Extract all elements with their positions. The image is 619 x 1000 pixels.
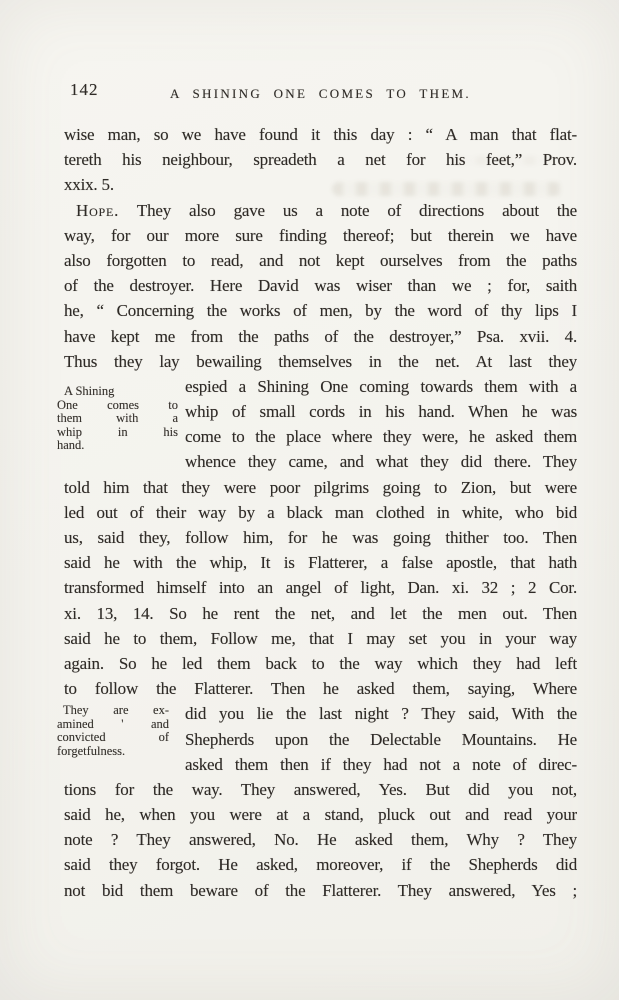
text-line: said he, when you were at a stand, pluck… (64, 802, 577, 827)
text-line: asked them then if they had not a note o… (185, 752, 577, 777)
text-line: said they forgot. He asked, moreover, if… (64, 852, 577, 877)
text-line: transformed himself into an angel of lig… (64, 575, 577, 600)
book-page: 142 A SHINING ONE COMES TO THEM. A Shini… (0, 0, 619, 1000)
text-line: said he to them, Follow me, that I may s… (64, 626, 577, 651)
text-line-rest: They also gave us a note of directions a… (137, 201, 577, 220)
text-line: not bid them beware of the Flatterer. Th… (64, 878, 577, 903)
text-line: xxix. 5. (64, 172, 577, 197)
text-line: way, for our more sure finding thereof; … (64, 223, 577, 248)
text-line: did you lie the last night ? They said, … (185, 701, 577, 726)
text-line: us, said they, follow him, for he was go… (64, 525, 577, 550)
text-line: Hope. They also gave us a note of direct… (64, 198, 577, 223)
text-line: said he with the whip, It is Flatterer, … (64, 550, 577, 575)
text-line: he, “ Concerning the works of men, by th… (64, 298, 577, 323)
text-line: tereth his neighbour, spreadeth a net fo… (64, 147, 577, 172)
text-line: note ? They answered, No. He asked them,… (64, 827, 577, 852)
running-header: A SHINING ONE COMES TO THEM. (64, 83, 577, 102)
text-line: wise man, so we have found it this day :… (64, 122, 577, 147)
text-line: to follow the Flatterer. Then he asked t… (64, 676, 577, 701)
text-line: xi. 13, 14. So he rent the net, and let … (64, 601, 577, 626)
text-line: led out of their way by a black man clot… (64, 500, 577, 525)
text-line: Thus they lay bewailing themselves in th… (64, 349, 577, 374)
page-header: 142 A SHINING ONE COMES TO THEM. (64, 83, 577, 105)
text-line: of the destroyer. Here David was wiser t… (64, 273, 577, 298)
text-line: again. So he led them back to the way wh… (64, 651, 577, 676)
page-number: 142 (70, 80, 99, 100)
text-line: whence they came, and what they did ther… (185, 449, 577, 474)
text-line: told him that they were poor pilgrims go… (64, 475, 577, 500)
text-line: come to the place where they were, he as… (185, 424, 577, 449)
text-line: have kept me from the paths of the destr… (64, 324, 577, 349)
text-line: Shepherds upon the Delectable Mountains.… (185, 727, 577, 752)
text-line: also forgotten to read, and not kept our… (64, 248, 577, 273)
page-text: wise man, so we have found it this day :… (64, 122, 577, 903)
text-line: whip of small cords in his hand. When he… (185, 399, 577, 424)
text-line: tions for the way. They answered, Yes. B… (64, 777, 577, 802)
speaker-name: Hope. (76, 201, 119, 220)
text-line: espied a Shining One coming towards them… (185, 374, 577, 399)
